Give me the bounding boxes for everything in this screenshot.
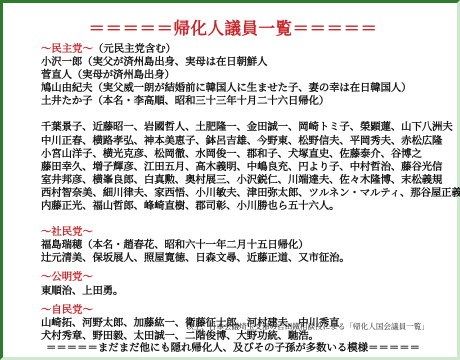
content-body: ～民主党～（元民主党含む） 小沢一郎（実父が済州島出身、実母は在日朝鮮人 菅直人… [41,43,460,343]
members-line: 室井邦彦、横峯良郎、白真勲、奥村展三、小沢鋭仁、川端達夫、佐々木隆博、末松義規 [41,174,460,187]
section-heading-sdp: ～社民党～ [41,226,460,239]
text-line: 鳩山由紀夫（実父威一朗が結婚前に韓国人に生ませた子、妻の幸は在日韓国人） [41,82,460,95]
members-line: 内藤正光、福山哲郎、峰崎直樹、郡司彰、小川勝也ら五十六人。 [41,200,460,213]
text-line: 土井たか子（本名・李高順、昭和三十三年十月二十六日帰化） [41,95,460,108]
members-line: 小宮山洋子、横光克彦、松岡徹、水岡俊一、郡和子、犬塚直史、佐藤泰介、谷博之 [41,148,460,161]
section-heading-komeito: ～公明党～ [41,271,460,284]
text-line: 福島瑞穂（本名・趙春花、昭和六十一年二月十五日帰化） [41,239,460,252]
spacer [41,108,460,121]
members-line: 西村智奈美、細川律夫、家西悟、小川敏夫、津田弥太郎、ツルネン・マルティ、那谷屋正… [41,187,460,200]
page-title: ＝＝＝＝＝帰化人議員一覧＝＝＝＝＝ [3,15,460,39]
section-heading-dpj: ～民主党～（元民主党含む） [41,43,460,56]
text-line: 東順治、上田勇。 [41,285,460,298]
spacer [41,213,460,226]
source-note: 以上、日本会議埼玉支部の吉田鐵相談役による「帰化人国会議員一覧」 [186,321,429,332]
section-heading-ldp: ～自民党～ [41,304,460,317]
members-line: 千葉景子、近藤昭一、岩國哲人、土肥隆一、金田誠一、岡崎トミ子、榮顕蓮、山下八洲夫 [41,121,460,134]
heading-note: （元民主党含む） [93,43,176,55]
document-frame: ＝＝＝＝＝帰化人議員一覧＝＝＝＝＝ ～民主党～（元民主党含む） 小沢一郎（実父が… [0,0,460,360]
text-line: 小沢一郎（実父が済州島出身、実母は在日朝鮮人 [41,56,460,69]
heading-label: ～民主党～ [41,43,93,55]
text-line: 辻元清美、保坂展人、照屋寛徳、日森文尋、近藤正道、又市征治。 [41,252,460,265]
footer-note: ＝＝＝＝＝まだまだ他にも隠れ帰化人、及びその子孫が多数いる模様＝＝＝＝＝ [3,339,460,354]
members-line: 藤田幸久、増子輝彦、江田五月、高木義明、中嶋良充、円より子、中村哲治、藤谷光信 [41,161,460,174]
text-line: 菅直人（実母が済州島出身） [41,69,460,82]
members-line: 中川正春、横路孝弘、神本美恵子、鉢呂吉雄、今野東、松野信夫、平岡秀夫、赤松広隆 [41,135,460,148]
